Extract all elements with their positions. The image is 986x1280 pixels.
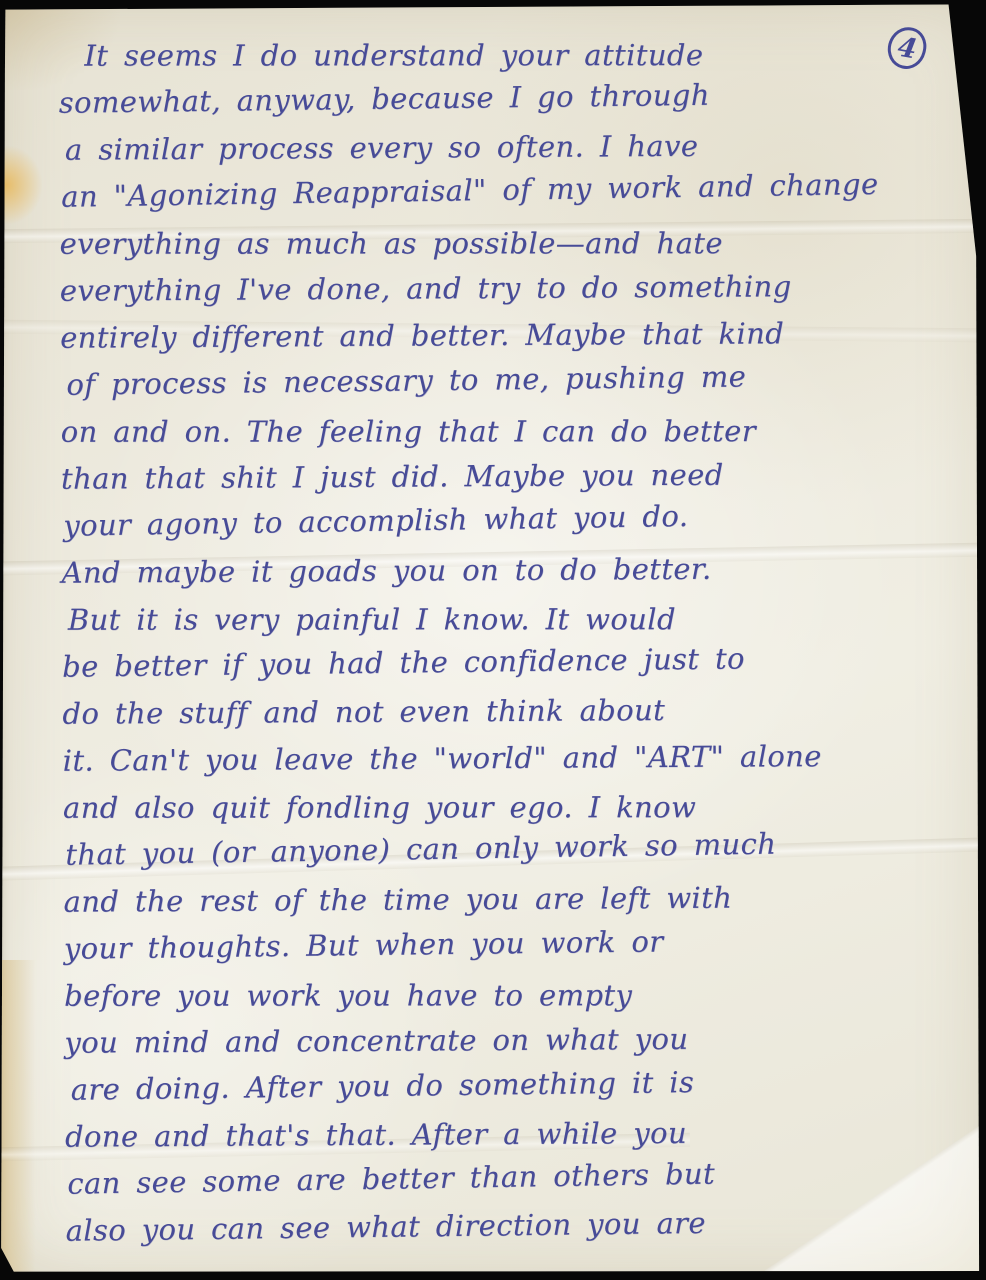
letter-line: before you work you have to empty [64,972,962,1020]
letter-line: it. Can't you leave the "world" and "ART… [63,732,961,784]
letter-line: are doing. After you do something it is [70,1056,963,1114]
letter-line: everything as much as possible—and hate [60,220,958,268]
letter-page: 4 It seems I do understand your attitude… [0,0,986,1280]
scanner-background: 4 It seems I do understand your attitude… [0,0,986,1280]
letter-line: also you can see what direction you are [65,1197,964,1255]
letter-line: your thoughts. But when you work or [64,915,963,973]
letter-line: be better if you had the confidence just… [62,633,961,691]
letter-line: somewhat, anyway, because I go through [58,69,957,127]
letter-line: of process is necessary to me, pushing m… [66,351,959,409]
yellow-stain [2,146,42,224]
letter-body: It seems I do understand your attitudeso… [58,27,963,1254]
paper-edge-discoloration-bottom-left [0,960,42,1280]
letter-line: And maybe it goads you on to do better. [61,544,959,596]
letter-line: do the stuff and not even think about [62,685,960,737]
letter-line: everything I've done, and try to do some… [60,262,958,314]
letter-line: on and on. The feeling that I can do bet… [61,408,959,456]
